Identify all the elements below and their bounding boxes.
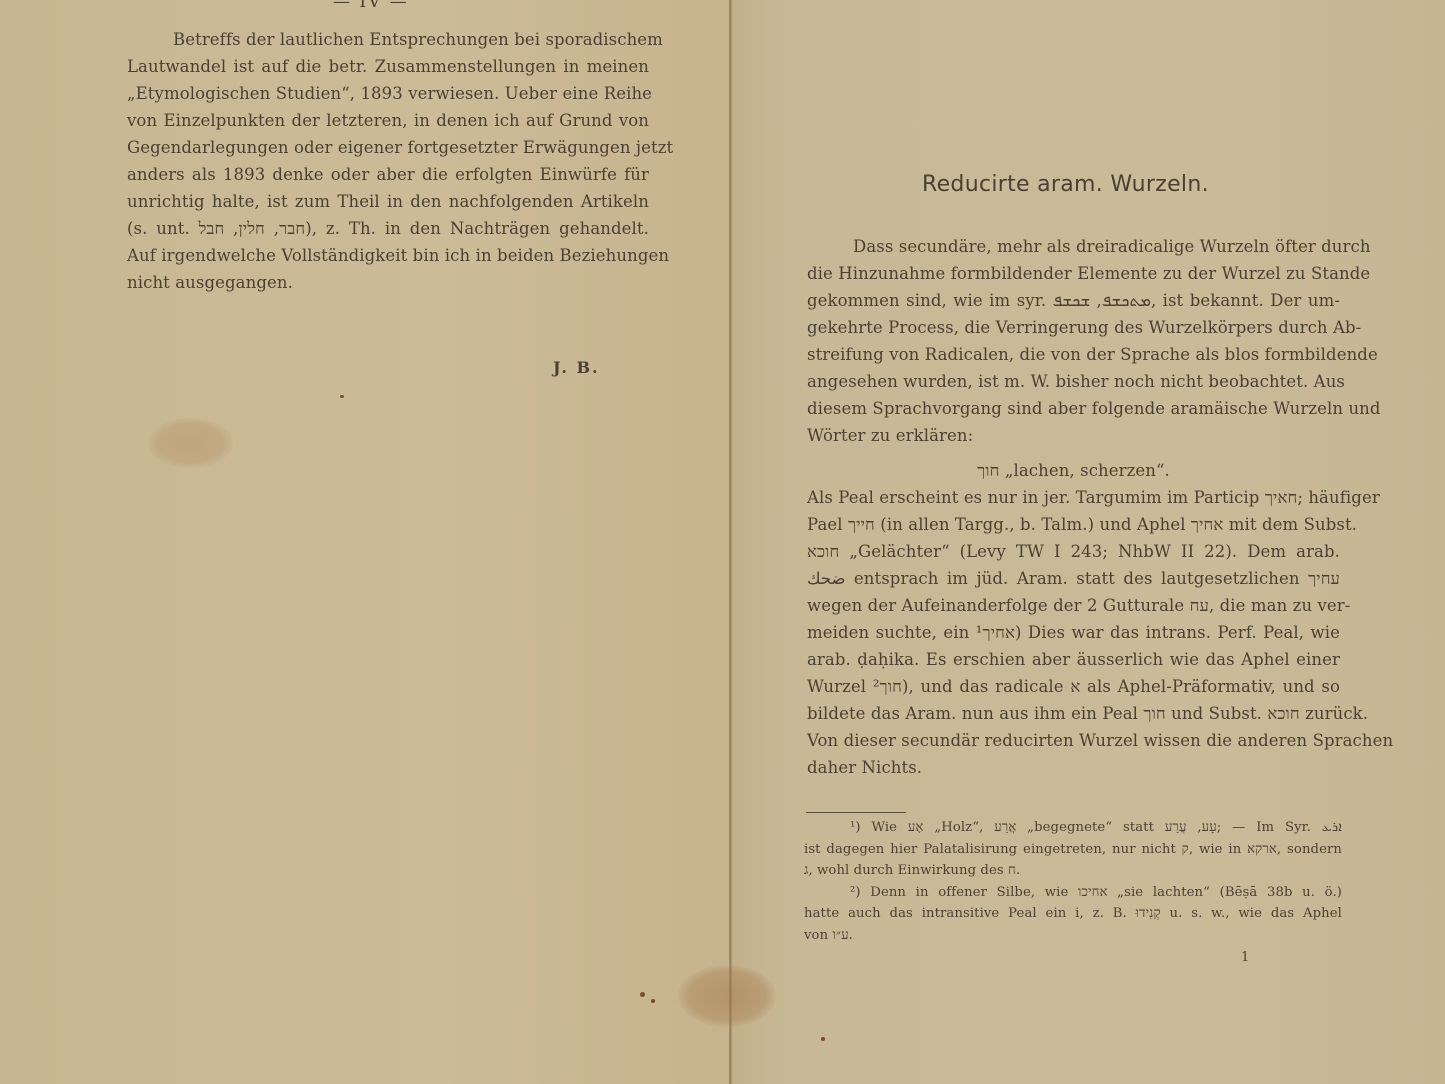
text-line: streifung von Radicalen, die von der Spr… [807, 341, 1340, 368]
text-line: Von dieser secundär reducirten Wurzel wi… [807, 727, 1340, 754]
text-line: Pael חייך (in allen Targg., b. Talm.) un… [807, 511, 1340, 538]
text-line: meiden suchte, ein אחיך¹) Dies war das i… [807, 619, 1340, 646]
text-line: Wörter zu erklären: [807, 422, 1340, 449]
chapter-title: Reducirte aram. Wurzeln. [922, 172, 1209, 197]
text-line: „Etymologischen Studien“, 1893 verwiesen… [127, 80, 649, 107]
text-line: Betreffs der lautlichen Entsprechungen b… [127, 26, 649, 53]
chapter-body: Dass secundäre, mehr als dreiradicalige … [807, 233, 1340, 781]
text-line: bildete das Aram. nun aus ihm ein Peal ח… [807, 700, 1340, 727]
text-line: nicht ausgegangen. [127, 269, 649, 296]
footnote-line: ¹) Wie אָע „Holz“, אֲרַע „begegnete“ sta… [804, 817, 1342, 839]
text-line: gekommen sind, wie im syr. ܡܬܟܫܦ, ܫܟܫܦ, … [807, 287, 1340, 314]
text-line: unrichtig halte, ist zum Theil in den na… [127, 188, 649, 215]
text-line: diesem Sprachvorgang sind aber folgende … [807, 395, 1340, 422]
text-line: Lautwandel ist auf die betr. Zusammenste… [127, 53, 649, 80]
text-line: von Einzelpunkten der letzteren, in dene… [127, 107, 649, 134]
text-line: Wurzel חוך²), und das radicale א als Aph… [807, 673, 1340, 700]
book-gutter [729, 0, 732, 1084]
text-line: angesehen wurden, ist m. W. bisher noch … [807, 368, 1340, 395]
text-line: daher Nichts. [807, 754, 1340, 781]
text-line: anders als 1893 denke oder aber die erfo… [127, 161, 649, 188]
text-line: Als Peal erscheint es nur in jer. Targum… [807, 484, 1340, 511]
text-line: Gegendarlegungen oder eigener fortgesetz… [127, 134, 649, 161]
footnote-line: ist dagegen hier Palatalisirung eingetre… [804, 839, 1342, 861]
footnote-line: von ע״ו. [804, 925, 1342, 947]
text-line: arab. ḍaḥika. Es erschien aber äusserlic… [807, 646, 1340, 673]
page-number-bottom: 1 [1241, 950, 1249, 965]
text-line: Auf irgendwelche Vollständigkeit bin ich… [127, 242, 649, 269]
text-line: (s. unt. חבר, חלין, חבל), z. Th. in den … [127, 215, 649, 242]
text-line: wegen der Aufeinanderfolge der 2 Guttura… [807, 592, 1340, 619]
entry-heading: חוך „lachen, scherzen“. [807, 457, 1340, 484]
author-signature: J. B. [553, 358, 600, 377]
footnote-line: ²) Denn in offener Silbe, wie אחיכו „sie… [804, 882, 1342, 904]
footnotes: ¹) Wie אָע „Holz“, אֲרַע „begegnete“ sta… [804, 817, 1342, 946]
footnote-rule [806, 812, 906, 813]
ink-speck [651, 999, 655, 1003]
ink-speck [340, 395, 344, 398]
text-line: חוכא „Gelächter“ (Levy TW I 243; NhbW II… [807, 538, 1340, 565]
text-line: die Hinzunahme formbildender Elemente zu… [807, 260, 1340, 287]
foxing-stain [148, 418, 233, 468]
text-line: gekehrte Process, die Verringerung des W… [807, 314, 1340, 341]
preface-paragraph: Betreffs der lautlichen Entsprechungen b… [127, 26, 649, 296]
footnote-line: hatte auch das intransitive Peal ein i, … [804, 903, 1342, 925]
ink-speck [640, 992, 645, 997]
book-spread: — IV — Betreffs der lautlichen Entsprech… [0, 0, 1445, 1084]
footnote-line: ג, wohl durch Einwirkung des ח. [804, 860, 1342, 882]
ink-speck [821, 1037, 825, 1041]
water-stain [678, 965, 776, 1027]
page-number-top: — IV — [333, 0, 409, 12]
text-line: Dass secundäre, mehr als dreiradicalige … [807, 233, 1340, 260]
text-line: ضحك entsprach im jüd. Aram. statt des la… [807, 565, 1340, 592]
